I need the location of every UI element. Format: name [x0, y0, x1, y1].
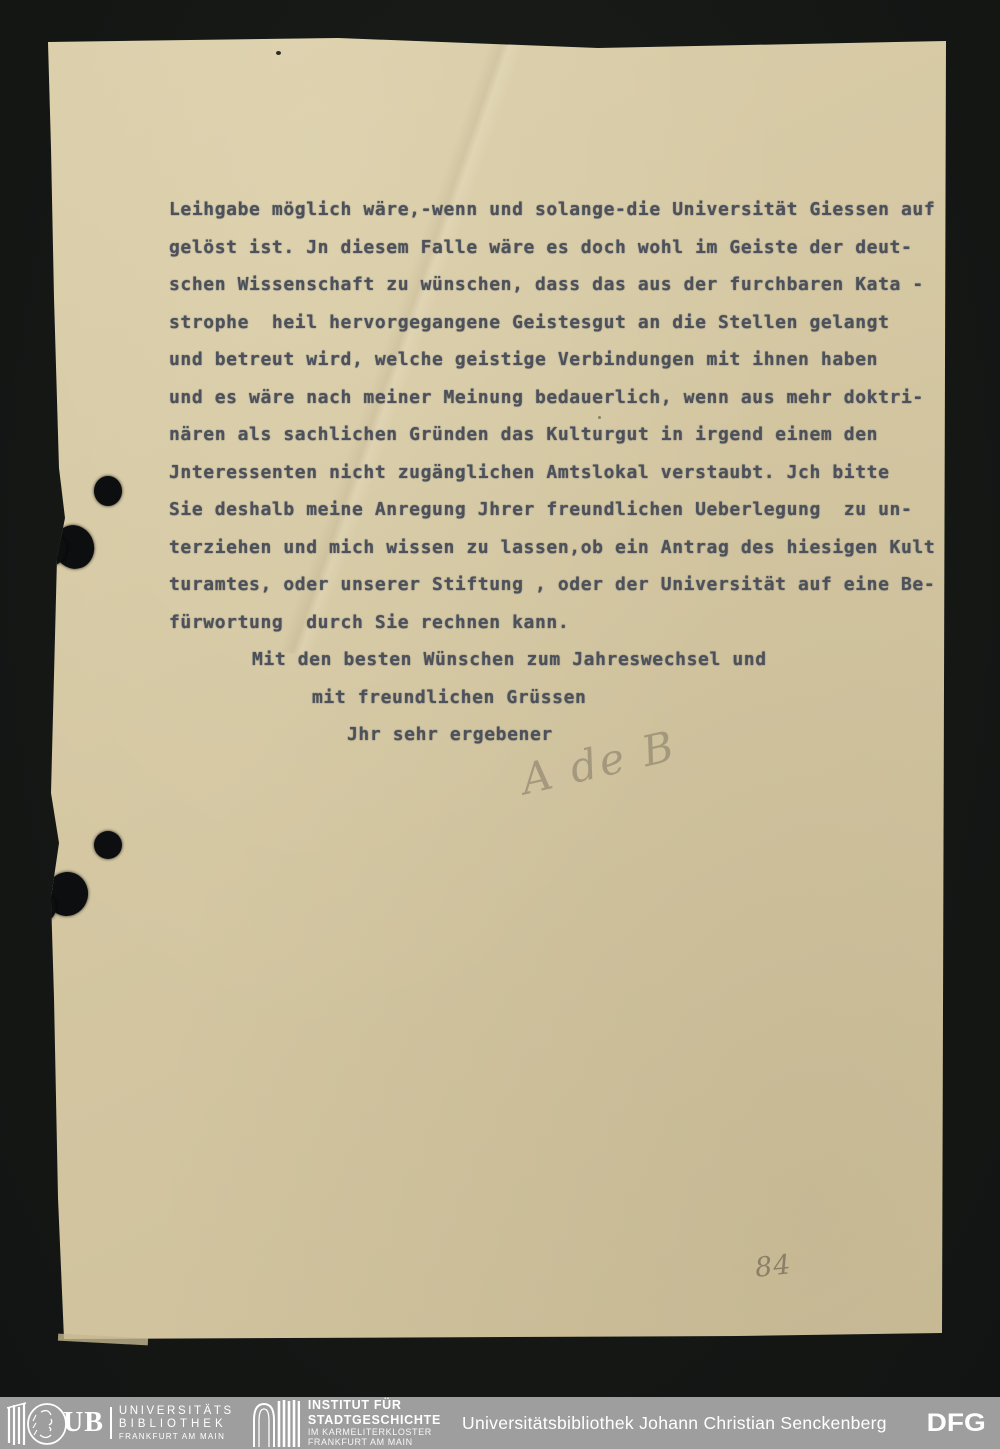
typed-line: Leihgabe möglich wäre,-wenn und solange-…: [169, 191, 969, 229]
institut-text-line: FRANKFURT AM MAIN: [308, 1437, 441, 1447]
punch-hole: [94, 831, 122, 859]
pencil-folio-number: 84: [753, 1249, 792, 1284]
typed-line: fürwortung durch Sie rechnen kann.: [169, 604, 969, 642]
ub-logo-mark-icon: [6, 1399, 68, 1447]
typed-line: schen Wissenschaft zu wünschen, dass das…: [169, 266, 969, 304]
typed-line: gelöst ist. Jn diesem Falle wäre es doch…: [169, 229, 969, 267]
typed-line: nären als sachlichen Gründen das Kulturg…: [169, 416, 969, 454]
institut-stadtgeschichte-logo[interactable]: INSTITUT FÜR STADTGESCHICHTE IM KARMELIT…: [250, 1397, 441, 1449]
typed-line: turamtes, oder unserer Stiftung , oder d…: [169, 566, 969, 604]
typed-line: strophe heil hervorgegangene Geistesgut …: [169, 304, 969, 342]
letter-body: Leihgabe möglich wäre,-wenn und solange-…: [169, 191, 969, 754]
punch-hole-tear: [38, 894, 56, 920]
ub-logo-divider: [110, 1407, 112, 1439]
library-name-label: Universitätsbibliothek Johann Christian …: [462, 1397, 887, 1449]
typed-line-closing: Mit den besten Wünschen zum Jahreswechse…: [169, 641, 969, 679]
ub-text-line: BIBLIOTHEK: [119, 1418, 234, 1431]
institut-text-line: INSTITUT FÜR: [308, 1398, 441, 1412]
typed-line: Sie deshalb meine Anregung Jhrer freundl…: [169, 491, 969, 529]
paper-speck: [276, 51, 281, 55]
ub-text-line: UNIVERSITÄTS: [119, 1405, 234, 1418]
viewer-footer-bar: UB UNIVERSITÄTS BIBLIOTHEK FRANKFURT AM …: [0, 1397, 1000, 1449]
gothic-arch-icon: [250, 1399, 300, 1447]
ub-abbrev-label: UB: [63, 1409, 104, 1437]
institut-logo-text: INSTITUT FÜR STADTGESCHICHTE IM KARMELIT…: [308, 1398, 441, 1447]
ub-frankfurt-logo[interactable]: UB UNIVERSITÄTS BIBLIOTHEK FRANKFURT AM …: [6, 1397, 234, 1449]
scan-viewer-canvas: Leihgabe möglich wäre,-wenn und solange-…: [0, 0, 1000, 1449]
ub-logo-text: UNIVERSITÄTS BIBLIOTHEK FRANKFURT AM MAI…: [119, 1405, 234, 1442]
edge-notch: [30, 827, 54, 853]
edge-tear: [35, 477, 64, 522]
typed-line-closing: mit freundlichen Grüssen: [169, 679, 969, 717]
institut-text-line: STADTGESCHICHTE: [308, 1413, 441, 1427]
ub-text-line: FRANKFURT AM MAIN: [119, 1432, 234, 1441]
typed-line: terziehen und mich wissen zu lassen,ob e…: [169, 529, 969, 567]
dfg-logo[interactable]: DFG: [927, 1397, 986, 1449]
typed-line: Jnteressenten nicht zugänglichen Amtslok…: [169, 454, 969, 492]
punch-hole-torn: [48, 520, 100, 574]
institut-text-line: IM KARMELITERKLOSTER: [308, 1427, 441, 1437]
typed-line: und es wäre nach meiner Meinung bedauerl…: [169, 379, 969, 417]
punch-hole-torn: [42, 868, 92, 920]
typed-line: und betreut wird, welche geistige Verbin…: [169, 341, 969, 379]
punch-hole: [94, 476, 122, 506]
